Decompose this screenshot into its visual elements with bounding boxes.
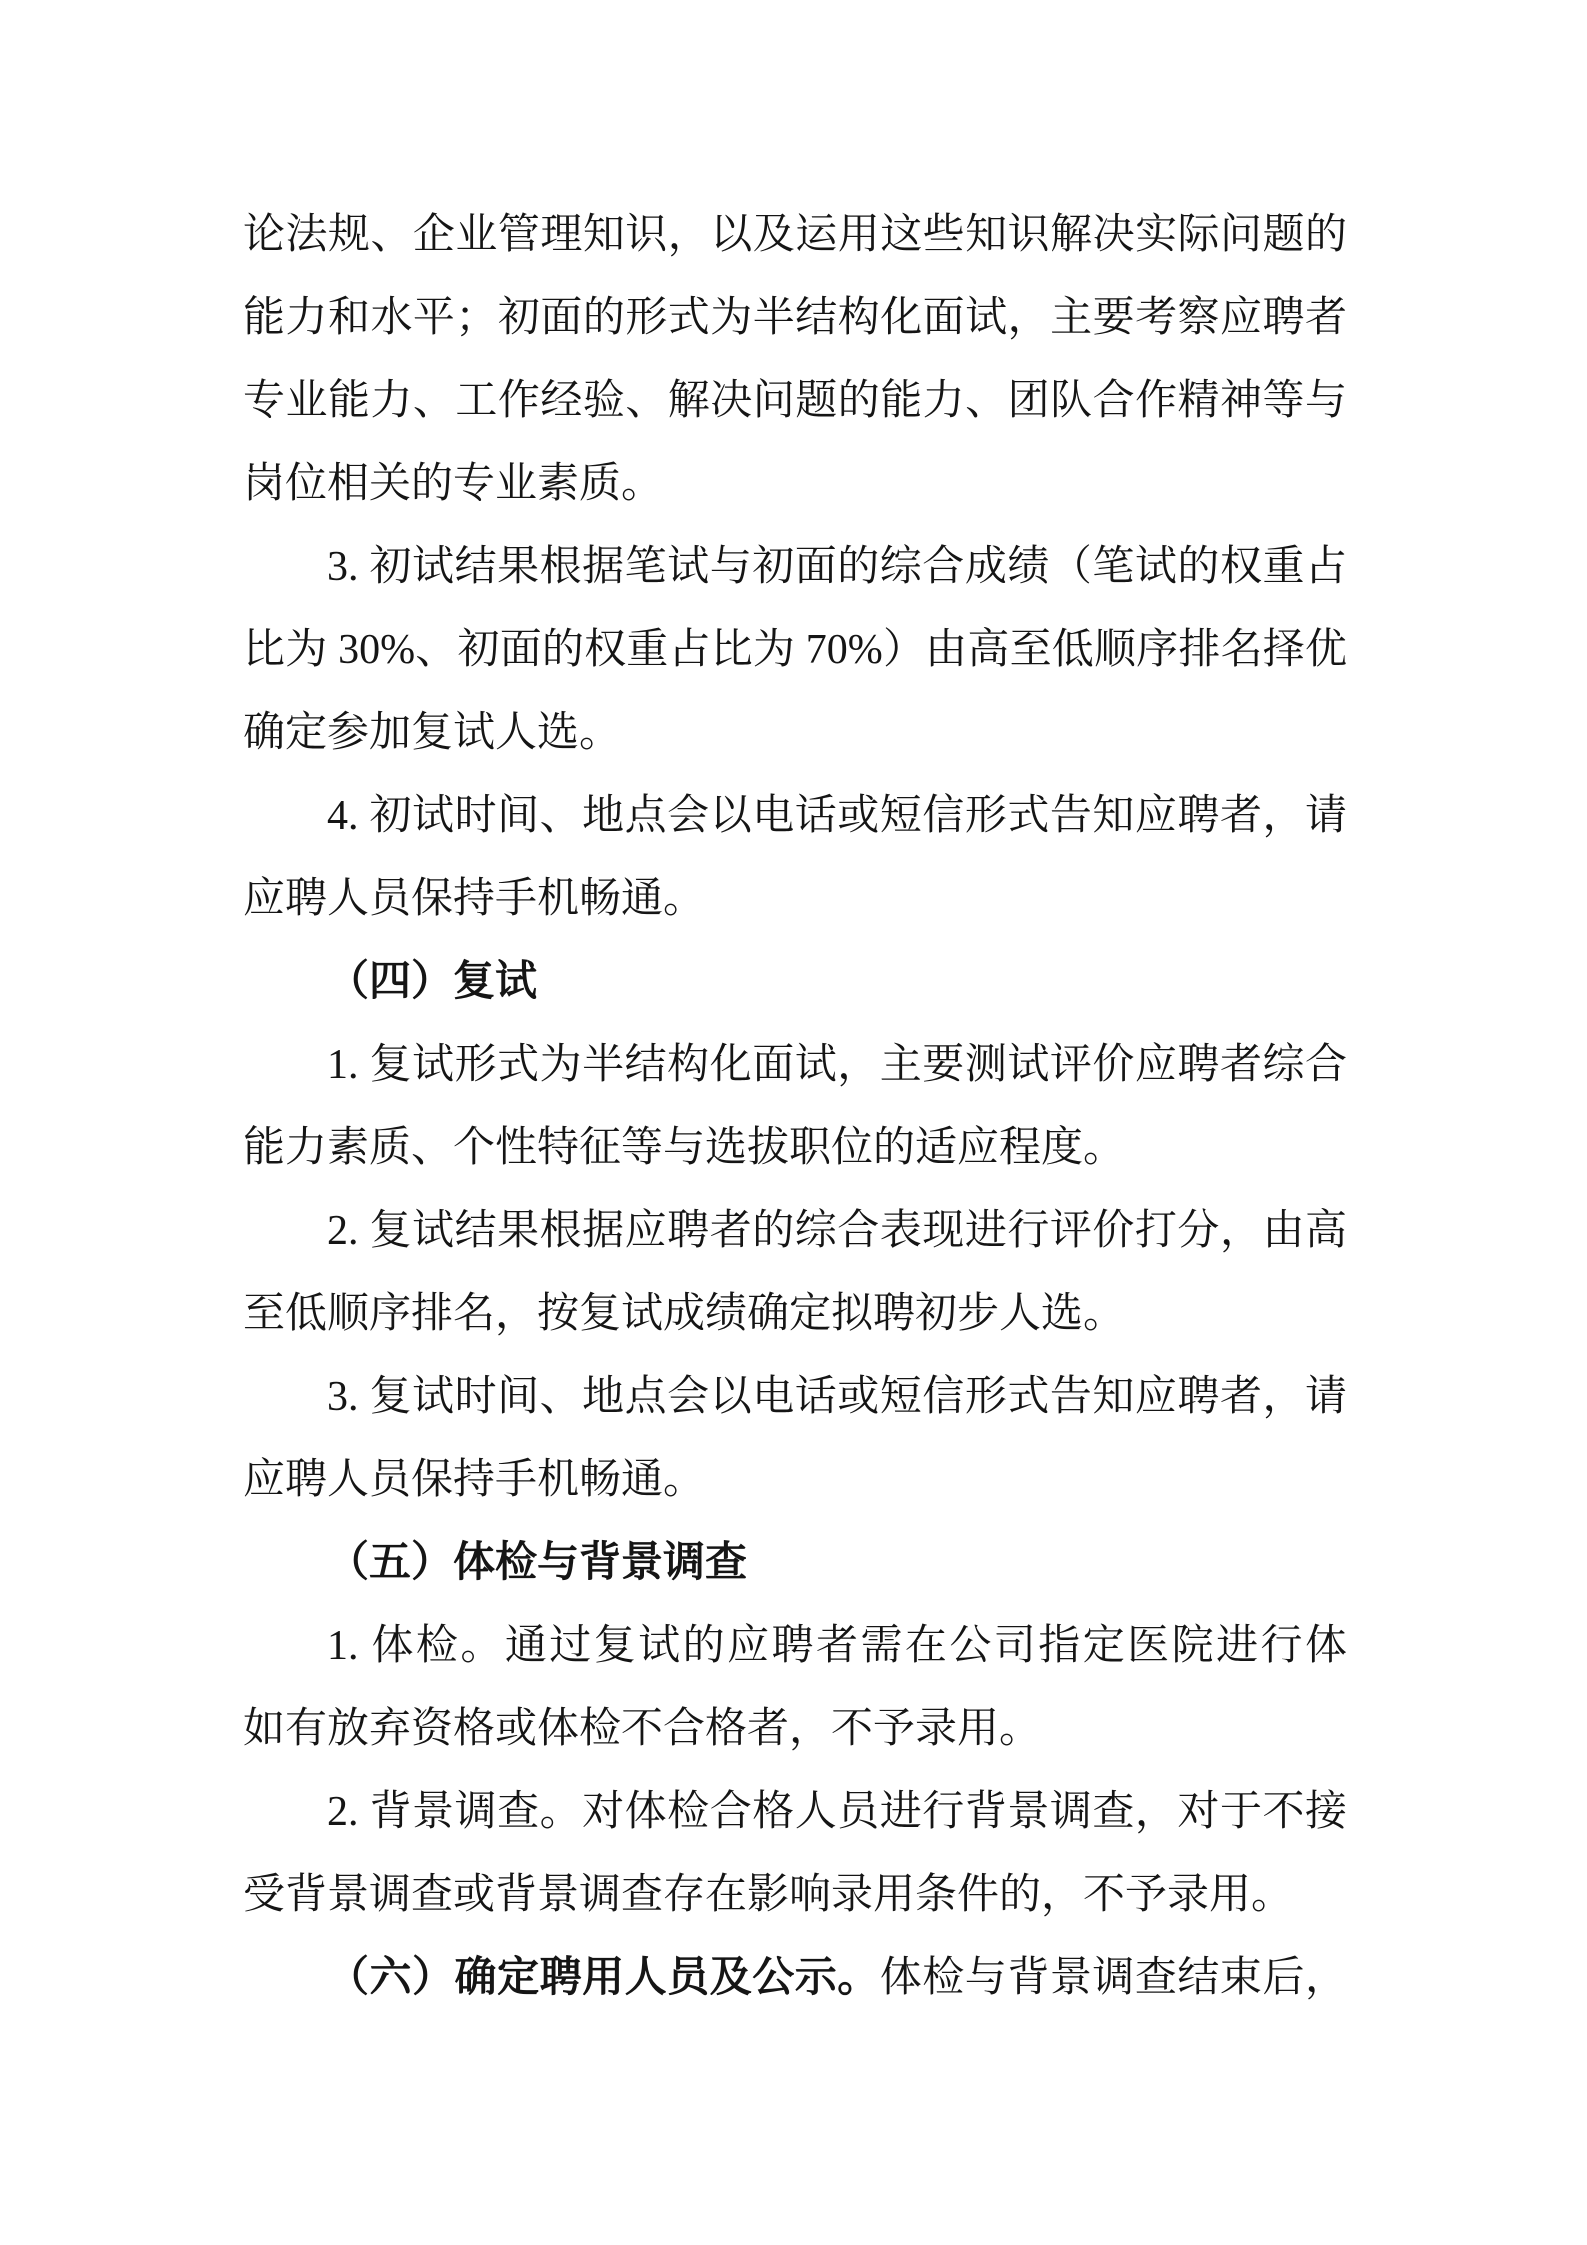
text-line: 2. 复试结果根据应聘者的综合表现进行评价打分，由高 <box>243 1190 1347 1273</box>
section-heading-5: （五）体检与背景调查 <box>243 1522 1347 1605</box>
section-heading-4: （四）复试 <box>243 941 1347 1024</box>
document-page: 论法规、企业管理知识，以及运用这些知识解决实际问题的 能力和水平；初面的形式为半… <box>0 0 1587 2245</box>
text-line: 2. 背景调查。对体检合格人员进行背景调查，对于不接 <box>243 1771 1347 1854</box>
text-line: 至低顺序排名，按复试成绩确定拟聘初步人选。 <box>243 1273 1347 1356</box>
text-line: 受背景调查或背景调查存在影响录用条件的，不予录用。 <box>243 1854 1347 1937</box>
text-line: 比为 30%、初面的权重占比为 70%）由高至低顺序排名择优 <box>243 609 1347 692</box>
text-line: 论法规、企业管理知识，以及运用这些知识解决实际问题的 <box>243 194 1347 277</box>
text-line: 1. 体检。通过复试的应聘者需在公司指定医院进行体检， <box>243 1605 1347 1688</box>
text-line: 专业能力、工作经验、解决问题的能力、团队合作精神等与 <box>243 360 1347 443</box>
text-line: 1. 复试形式为半结构化面试，主要测试评价应聘者综合 <box>243 1024 1347 1107</box>
text-line: 应聘人员保持手机畅通。 <box>243 1439 1347 1522</box>
text-line: 确定参加复试人选。 <box>243 692 1347 775</box>
section-heading-6-inline: （六）确定聘用人员及公示。 <box>327 1955 880 2001</box>
text-line: 能力和水平；初面的形式为半结构化面试，主要考察应聘者 <box>243 277 1347 360</box>
text-line: （六）确定聘用人员及公示。体检与背景调查结束后， <box>243 1937 1347 2020</box>
text-line: 能力素质、个性特征等与选拔职位的适应程度。 <box>243 1107 1347 1190</box>
text-line: 3. 复试时间、地点会以电话或短信形式告知应聘者，请 <box>243 1356 1347 1439</box>
body-text: 体检与背景调查结束后， <box>880 1955 1347 2001</box>
text-line: 3. 初试结果根据笔试与初面的综合成绩（笔试的权重占 <box>243 526 1347 609</box>
text-line: 应聘人员保持手机畅通。 <box>243 858 1347 941</box>
text-line: 如有放弃资格或体检不合格者，不予录用。 <box>243 1688 1347 1771</box>
text-line: 4. 初试时间、地点会以电话或短信形式告知应聘者，请 <box>243 775 1347 858</box>
text-line: 岗位相关的专业素质。 <box>243 443 1347 526</box>
